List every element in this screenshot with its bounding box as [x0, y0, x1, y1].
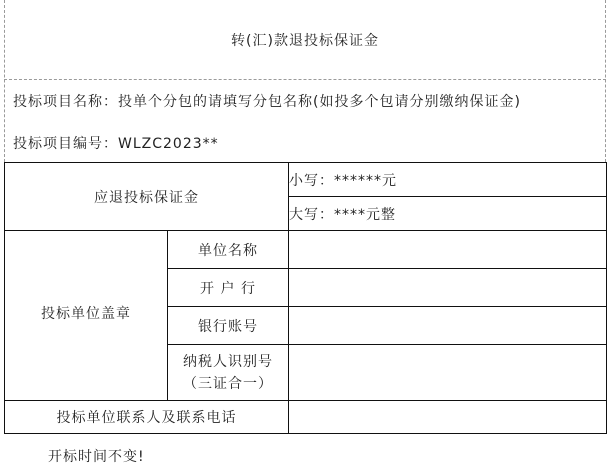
field-value-tax-id[interactable] — [289, 345, 607, 401]
refund-deposit-label: 应退投标保证金 — [5, 163, 289, 231]
project-name-label: 投标项目名称： — [13, 94, 118, 110]
field-label-tax-id: 纳税人识别号 （三证合一） — [168, 345, 289, 401]
footer-note: 开标时间不变! — [48, 446, 145, 466]
contact-label: 投标单位联系人及联系电话 — [5, 401, 289, 434]
field-value-bank[interactable] — [289, 269, 607, 307]
field-label-bank: 开 户 行 — [168, 269, 289, 307]
field-value-account[interactable] — [289, 307, 607, 345]
project-number-line: 投标项目编号：WLZC2023** — [13, 133, 219, 153]
seal-label: 投标单位盖章 — [5, 231, 168, 401]
field-label-company-name: 单位名称 — [168, 231, 289, 269]
contact-value[interactable] — [289, 401, 607, 434]
title-text: 转(汇)款退投标保证金 — [231, 30, 379, 50]
document-title: 转(汇)款退投标保证金 — [4, 0, 606, 80]
uppercase-amount[interactable]: 大写：****元整 — [289, 197, 607, 231]
deposit-refund-table: 应退投标保证金 小写：******元 大写：****元整 投标单位盖章 单位名称… — [4, 162, 607, 434]
lowercase-amount[interactable]: 小写：******元 — [289, 163, 607, 197]
field-value-company-name[interactable] — [289, 231, 607, 269]
project-number-value: WLZC2023** — [118, 136, 219, 152]
tax-id-label-line1: 纳税人识别号 — [168, 351, 288, 373]
project-name-value: 投单个分包的请填写分包名称(如投多个包请分别缴纳保证金) — [118, 94, 521, 110]
tax-id-label-line2: （三证合一） — [168, 373, 288, 395]
field-label-account: 银行账号 — [168, 307, 289, 345]
seal-label-text: 投标单位盖章 — [5, 303, 167, 323]
project-name-line: 投标项目名称：投单个分包的请填写分包名称(如投多个包请分别缴纳保证金) — [13, 91, 521, 111]
project-number-label: 投标项目编号： — [13, 136, 118, 152]
